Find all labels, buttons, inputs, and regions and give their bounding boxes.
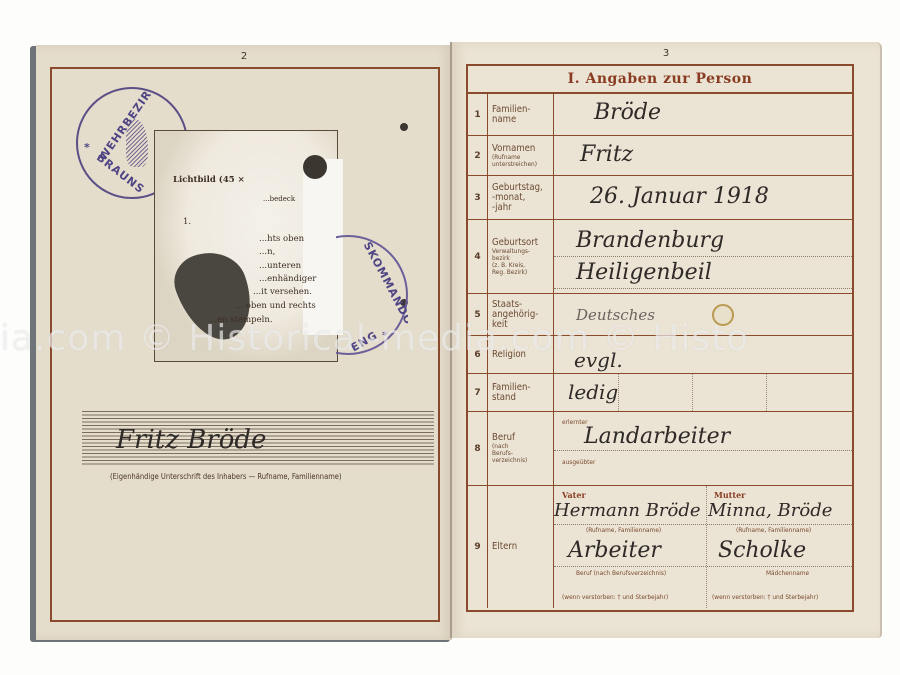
punch-hole bbox=[303, 155, 327, 179]
signature-caption: (Eigenhändige Unterschrift des Inhabers … bbox=[110, 472, 342, 481]
stamp-star: * bbox=[382, 329, 389, 342]
form-row-citizenship: 5 Staats- angehörig- keit Deutsches bbox=[468, 294, 852, 336]
page-number-right: 3 bbox=[452, 48, 880, 59]
field-label: Staats- angehörig- keit bbox=[492, 300, 553, 330]
form-row-given-names: 2 Vornamen (Rufname unterstreichen) Frit… bbox=[468, 136, 852, 176]
field-sublabel: (nach Berufs- verzeichnis) bbox=[492, 443, 553, 464]
form-title: I. Angaben zur Person bbox=[468, 66, 852, 94]
form-row-marital-status: 7 Familien- stand ledig bbox=[468, 374, 852, 412]
photo-caption-title: Lichtbild (45 × bbox=[173, 175, 245, 185]
mother-name: Minna, Bröde bbox=[708, 500, 832, 521]
mother-maiden-caption: Mädchenname bbox=[766, 569, 809, 577]
field-value-birthdate: 26. Januar 1918 bbox=[590, 184, 769, 209]
form-row-religion: 6 Religion evgl. bbox=[468, 336, 852, 374]
field-sublabel: Verwaltungs- bezirk (z. B. Kreis, Reg. B… bbox=[492, 248, 553, 276]
field-label: Familien- stand bbox=[492, 383, 553, 403]
father-death-caption: (wenn verstorben: † und Sterbejahr) bbox=[562, 593, 668, 601]
father-name: Hermann Bröde bbox=[554, 500, 701, 521]
left-page: 2 WEHRBEZIR * BRAUNS Lichtbild (45 × ...… bbox=[36, 45, 452, 640]
form-row-birthplace: 4 Geburtsort Verwaltungs- bezirk (z. B. … bbox=[468, 220, 852, 294]
field-value-district: Heiligenbeil bbox=[576, 260, 712, 285]
field-value-citizenship: Deutsches bbox=[576, 306, 655, 324]
field-label: Geburtsort bbox=[492, 238, 553, 248]
right-page: 3 I. Angaben zur Person 1 Familien- name… bbox=[452, 42, 882, 638]
father-occupation: Arbeiter bbox=[568, 538, 661, 563]
eagle-emblem-icon bbox=[126, 119, 148, 167]
open-document-booklet: 2 WEHRBEZIR * BRAUNS Lichtbild (45 × ...… bbox=[30, 42, 882, 642]
page-number-left: 2 bbox=[36, 51, 452, 62]
field-label: Familien- name bbox=[492, 105, 553, 125]
mother-maiden-name: Scholke bbox=[718, 538, 806, 563]
father-heading: Vater bbox=[562, 490, 586, 500]
field-sublabel: (Rufname unterstreichen) bbox=[492, 154, 553, 168]
form-row-parents: 9 Eltern Vater Hermann Bröde (Rufname, F… bbox=[468, 486, 852, 608]
mother-name-caption: (Rufname, Familienname) bbox=[736, 526, 811, 534]
field-label: Eltern bbox=[492, 542, 553, 552]
practiced-occupation-label: ausgeübter bbox=[562, 458, 595, 466]
form-row-occupation: 8 Beruf (nach Berufs- verzeichnis) erler… bbox=[468, 412, 852, 486]
field-value-marital-status: ledig bbox=[568, 380, 618, 404]
eyelet-ring bbox=[712, 304, 734, 326]
punch-hole bbox=[400, 123, 408, 131]
father-occupation-caption: Beruf (nach Berufsverzeichnis) bbox=[576, 569, 666, 577]
father-name-caption: (Rufname, Familienname) bbox=[586, 526, 661, 534]
field-value-learned-occupation: Landarbeiter bbox=[584, 424, 730, 449]
field-value-religion: evgl. bbox=[574, 348, 623, 372]
mother-heading: Mutter bbox=[714, 490, 745, 500]
stamp-star: * bbox=[84, 141, 91, 154]
personal-data-form: I. Angaben zur Person 1 Familien- name B… bbox=[466, 64, 854, 612]
field-label: Vornamen bbox=[492, 144, 553, 154]
field-label: Religion bbox=[492, 350, 553, 360]
field-value-given-names: Fritz bbox=[580, 142, 633, 167]
form-row-birthdate: 3 Geburtstag, -monat, -jahr 26. Januar 1… bbox=[468, 176, 852, 220]
field-value-surname: Bröde bbox=[594, 100, 661, 125]
field-label: Geburtstag, -monat, -jahr bbox=[492, 183, 553, 213]
holder-signature: Fritz Bröde bbox=[116, 425, 266, 455]
mother-death-caption: (wenn verstorben: † und Sterbejahr) bbox=[712, 593, 818, 601]
field-value-birthplace: Brandenburg bbox=[576, 228, 724, 253]
form-row-surname: 1 Familien- name Bröde bbox=[468, 94, 852, 136]
